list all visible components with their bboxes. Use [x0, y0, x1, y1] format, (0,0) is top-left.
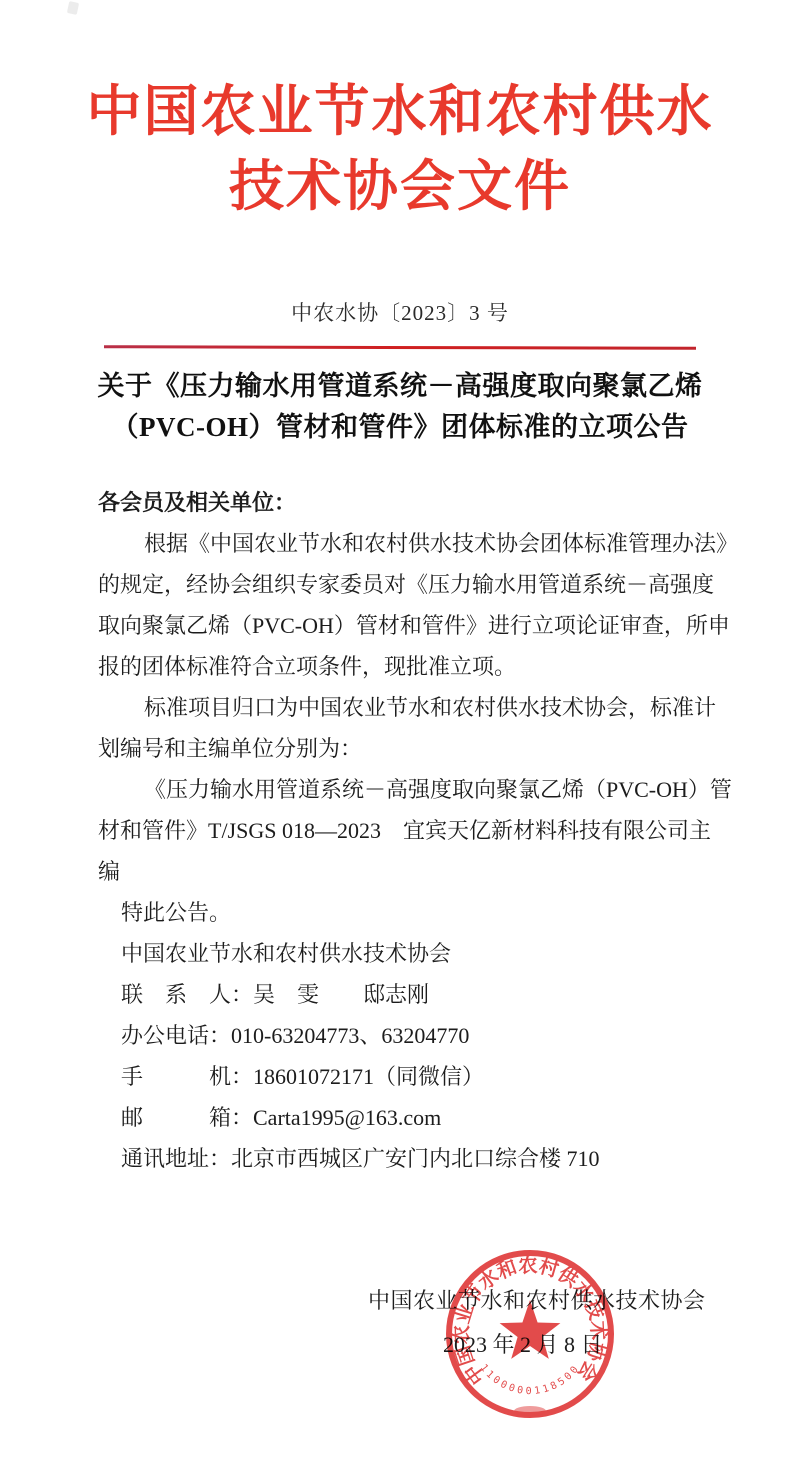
document-number: 中农水协〔2023〕3 号: [0, 297, 800, 327]
document-title: 关于《压力输水用管道系统－高强度取向聚氯乙烯 （PVC-OH）管材和管件》团体标…: [0, 366, 800, 448]
title-line-2: （PVC-OH）管材和管件》团体标准的立项公告: [0, 407, 800, 448]
scan-artifact: [67, 1, 79, 15]
letterhead-line-2: 技术协会文件: [0, 149, 800, 224]
paragraph3-line1: 《压力输水用管道系统－高强度取向聚氯乙烯（PVC-OH）管: [98, 769, 718, 810]
issuer-line: 中国农业节水和农村供水技术协会: [98, 933, 718, 974]
title-line-1: 关于《压力输水用管道系统－高强度取向聚氯乙烯: [0, 366, 800, 407]
red-divider-line: [104, 345, 696, 350]
svg-text:1100000118500: 1100000118500: [478, 1362, 583, 1397]
contact-email: 邮 箱：Carta1995@163.com: [98, 1097, 718, 1138]
seal-code-text: 1100000118500: [478, 1362, 583, 1397]
paragraph3-line2: 材和管件》T/JSGS 018—2023 宜宾天亿新材料科技有限公司主: [98, 810, 718, 851]
contact-office-phone: 办公电话：010-63204773、63204770: [98, 1015, 718, 1056]
contact-address: 通讯地址：北京市西城区广安门内北口综合楼 710: [98, 1138, 718, 1179]
letterhead: 中国农业节水和农村供水 技术协会文件: [0, 74, 800, 224]
paragraph1-line4: 报的团体标准符合立项条件，现批准立项。: [98, 646, 718, 687]
paragraph1-line2: 的规定，经协会组织专家委员对《压力输水用管道系统－高强度: [98, 564, 718, 605]
contact-mobile: 手 机：18601072171（同微信）: [98, 1056, 718, 1097]
letterhead-line-1: 中国农业节水和农村供水: [0, 74, 800, 149]
seal-bottom-smudge: [514, 1406, 546, 1416]
document-body: 各会员及相关单位： 根据《中国农业节水和农村供水技术协会团体标准管理办法》 的规…: [98, 482, 718, 1179]
closing-line: 特此公告。: [98, 892, 718, 933]
paragraph2-line2: 划编号和主编单位分别为：: [98, 728, 718, 769]
contact-person: 联 系 人：吴 雯 邸志刚: [98, 974, 718, 1015]
seal-star-icon: [500, 1300, 561, 1359]
paragraph3-line3: 编: [98, 851, 718, 892]
paragraph1-line3: 取向聚氯乙烯（PVC-OH）管材和管件》进行立项论证审查，所申: [98, 605, 718, 646]
paragraph2-line1: 标准项目归口为中国农业节水和农村供水技术协会，标准计: [98, 687, 718, 728]
paragraph1-line1: 根据《中国农业节水和农村供水技术协会团体标准管理办法》: [98, 523, 718, 564]
document-page: 中国农业节水和农村供水 技术协会文件 中农水协〔2023〕3 号 关于《压力输水…: [0, 0, 800, 1470]
official-seal: 中国农业节水和农村供水技术协会 1100000118500: [444, 1248, 616, 1420]
salutation: 各会员及相关单位：: [98, 482, 718, 523]
